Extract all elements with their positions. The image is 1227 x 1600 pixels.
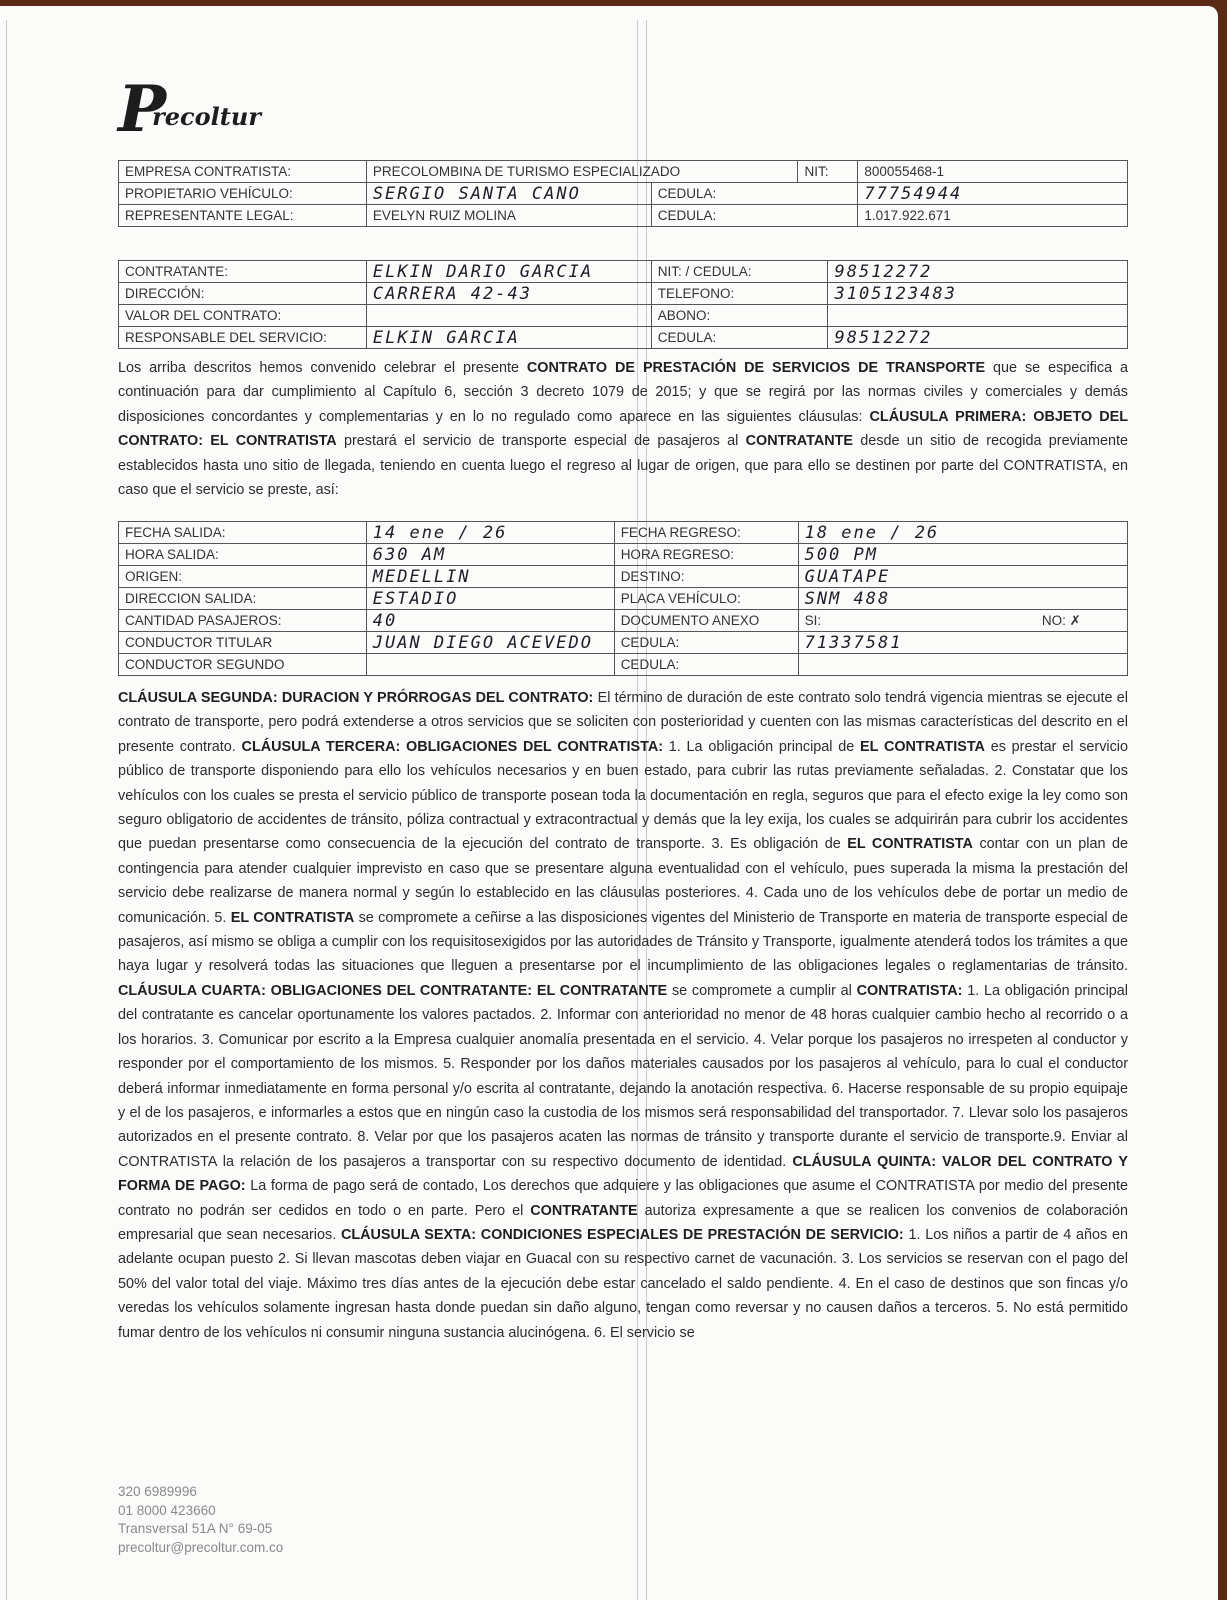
phone-tollfree: 01 8000 423660 — [118, 1502, 283, 1521]
field-value: 18 ene / 26 — [798, 522, 1127, 544]
field-label: HORA SALIDA: — [119, 544, 367, 566]
precoltur-logo: Precoltur — [118, 78, 275, 142]
table-row: REPRESENTANTE LEGAL: EVELYN RUIZ MOLINA … — [119, 205, 1128, 227]
anexo-no: NO: ✗ — [1042, 613, 1081, 629]
phone-mobile: 320 6989996 — [118, 1483, 283, 1502]
field-label: DOCUMENTO ANEXO — [614, 610, 798, 632]
field-label: FECHA SALIDA: — [119, 522, 367, 544]
field-value: ELKIN GARCIA — [366, 327, 651, 349]
table-row: EMPRESA CONTRATISTA: PRECOLOMBINA DE TUR… — [119, 161, 1128, 183]
anexo-si: SI: — [805, 613, 822, 629]
table-row: CONTRATANTE: ELKIN DARIO GARCIA NIT: / C… — [119, 261, 1128, 283]
table-row: DIRECCIÓN: CARRERA 42-43 TELEFONO: 31051… — [119, 283, 1128, 305]
field-value: 1.017.922.671 — [858, 205, 1128, 227]
field-value: 800055468-1 — [858, 161, 1128, 183]
table-row: PROPIETARIO VEHÍCULO: SERGIO SANTA CANO … — [119, 183, 1128, 205]
intro-paragraph: Los arriba descritos hemos convenido cel… — [118, 356, 1128, 502]
field-value: ELKIN DARIO GARCIA — [366, 261, 651, 283]
contact-footer: 320 6989996 01 8000 423660 Transversal 5… — [118, 1483, 283, 1557]
field-label: TELEFONO: — [651, 283, 828, 305]
field-label: DIRECCION SALIDA: — [119, 588, 367, 610]
fold-line — [6, 20, 7, 1600]
field-value: 3105123483 — [828, 283, 1128, 305]
field-value: JUAN DIEGO ACEVEDO — [366, 632, 614, 654]
field-label: CONDUCTOR SEGUNDO — [119, 654, 367, 676]
field-value: EVELYN RUIZ MOLINA — [366, 205, 651, 227]
field-label: EMPRESA CONTRATISTA: — [119, 161, 367, 183]
field-label: PLACA VEHÍCULO: — [614, 588, 798, 610]
field-value: ESTADIO — [366, 588, 614, 610]
client-table: CONTRATANTE: ELKIN DARIO GARCIA NIT: / C… — [118, 260, 1128, 349]
field-label: ABONO: — [651, 305, 828, 327]
table-row: ORIGEN: MEDELLIN DESTINO: GUATAPE — [119, 566, 1128, 588]
field-label: HORA REGRESO: — [614, 544, 798, 566]
field-value — [366, 654, 614, 676]
field-label: CEDULA: — [651, 205, 858, 227]
table-row: HORA SALIDA: 630 AM HORA REGRESO: 500 PM — [119, 544, 1128, 566]
field-value: GUATAPE — [798, 566, 1127, 588]
field-value — [798, 654, 1127, 676]
table-row: RESPONSABLE DEL SERVICIO: ELKIN GARCIA C… — [119, 327, 1128, 349]
field-value: 98512272 — [828, 261, 1128, 283]
field-value: 40 — [366, 610, 614, 632]
field-value: PRECOLOMBINA DE TURISMO ESPECIALIZADO — [366, 161, 798, 183]
field-value: 98512272 — [828, 327, 1128, 349]
field-value: SERGIO SANTA CANO — [366, 183, 651, 205]
field-label: NIT: — [798, 161, 858, 183]
anexo-cell: SI: NO: ✗ — [798, 610, 1127, 632]
field-value: MEDELLIN — [366, 566, 614, 588]
table-row: CONDUCTOR SEGUNDO CEDULA: — [119, 654, 1128, 676]
field-label: PROPIETARIO VEHÍCULO: — [119, 183, 367, 205]
field-label: CANTIDAD PASAJEROS: — [119, 610, 367, 632]
field-label: VALOR DEL CONTRATO: — [119, 305, 367, 327]
address: Transversal 51A N° 69-05 — [118, 1520, 283, 1539]
field-value: SNM 488 — [798, 588, 1127, 610]
field-label: NIT: / CEDULA: — [651, 261, 828, 283]
table-row: CANTIDAD PASAJEROS: 40 DOCUMENTO ANEXO S… — [119, 610, 1128, 632]
field-value: 14 ene / 26 — [366, 522, 614, 544]
table-row: VALOR DEL CONTRATO: ABONO: — [119, 305, 1128, 327]
field-label: ORIGEN: — [119, 566, 367, 588]
clauses-paragraph: CLÁUSULA SEGUNDA: DURACION Y PRÓRROGAS D… — [118, 686, 1128, 1345]
table-row: FECHA SALIDA: 14 ene / 26 FECHA REGRESO:… — [119, 522, 1128, 544]
field-label: CONDUCTOR TITULAR — [119, 632, 367, 654]
field-label: DIRECCIÓN: — [119, 283, 367, 305]
company-table: EMPRESA CONTRATISTA: PRECOLOMBINA DE TUR… — [118, 160, 1128, 227]
field-value: 500 PM — [798, 544, 1127, 566]
trip-table: FECHA SALIDA: 14 ene / 26 FECHA REGRESO:… — [118, 521, 1128, 676]
table-row: CONDUCTOR TITULAR JUAN DIEGO ACEVEDO CED… — [119, 632, 1128, 654]
field-label: REPRESENTANTE LEGAL: — [119, 205, 367, 227]
table-row: DIRECCION SALIDA: ESTADIO PLACA VEHÍCULO… — [119, 588, 1128, 610]
field-label: CEDULA: — [614, 632, 798, 654]
email: precoltur@precoltur.com.co — [118, 1539, 283, 1558]
field-value: 630 AM — [366, 544, 614, 566]
field-value — [366, 305, 651, 327]
field-value: 77754944 — [858, 183, 1128, 205]
field-value: 71337581 — [798, 632, 1127, 654]
field-label: CEDULA: — [651, 327, 828, 349]
field-label: CEDULA: — [614, 654, 798, 676]
field-value: CARRERA 42-43 — [366, 283, 651, 305]
field-value — [828, 305, 1128, 327]
field-label: CONTRATANTE: — [119, 261, 367, 283]
field-label: RESPONSABLE DEL SERVICIO: — [119, 327, 367, 349]
field-label: FECHA REGRESO: — [614, 522, 798, 544]
field-label: CEDULA: — [651, 183, 858, 205]
field-label: DESTINO: — [614, 566, 798, 588]
